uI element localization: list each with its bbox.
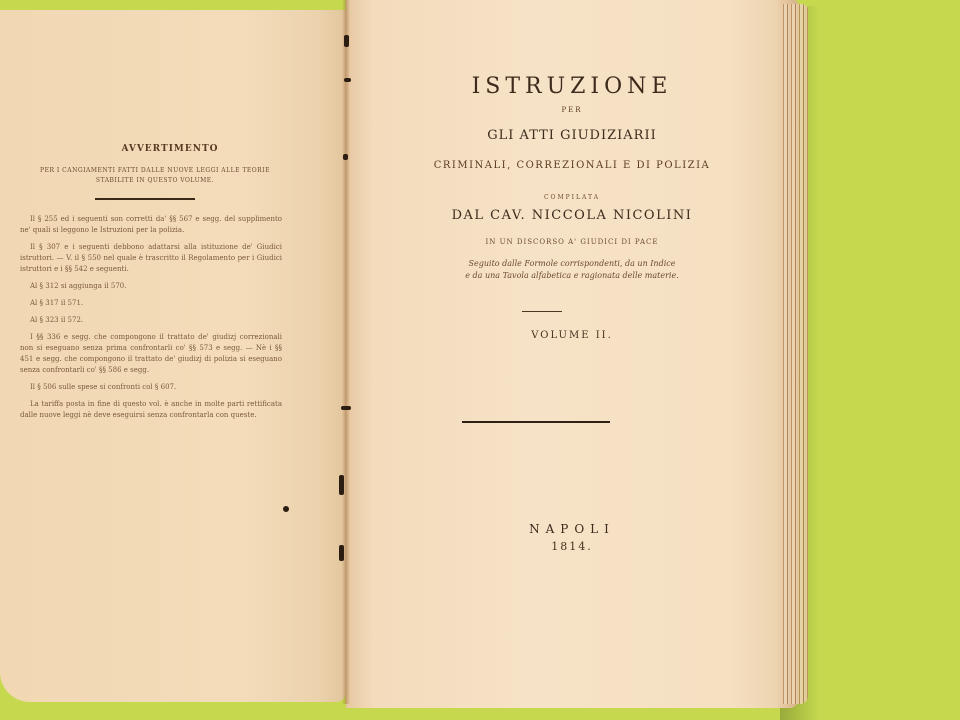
- binding-stitch: [339, 545, 344, 561]
- heading-rule: [95, 198, 195, 200]
- imprint-year: 1814.: [346, 540, 798, 553]
- title-per: PER: [346, 106, 798, 114]
- seguito-text: Seguito dalle Formole corrispondenti, da…: [346, 258, 798, 282]
- avvertimento-subheading: PER I CANGIAMENTI FATTI DALLE NUOVE LEGG…: [20, 166, 290, 186]
- volume-label: VOLUME II.: [346, 330, 798, 341]
- binding-stitch: [344, 35, 349, 47]
- short-rule: [522, 311, 562, 312]
- binding-stitch: [341, 406, 351, 410]
- book-title: ISTRUZIONE: [346, 74, 798, 99]
- avvertimento-heading: AVVERTIMENTO: [40, 144, 300, 154]
- note-paragraph: Il § 307 e i seguenti debbono adattarsi …: [20, 242, 282, 275]
- author-line: DAL CAV. NICCOLA NICOLINI: [346, 208, 798, 223]
- note-paragraph: Al § 323 il 572.: [20, 315, 282, 326]
- note-paragraph: I §§ 336 e segg. che compongono il tratt…: [20, 332, 282, 376]
- note-paragraph: Il § 506 sulle spese si confronti col § …: [20, 382, 282, 393]
- compilata-label: COMPILATA: [346, 194, 798, 201]
- note-paragraph: La tariffa posta in fine di questo vol. …: [20, 399, 282, 421]
- page-hole: [283, 506, 289, 512]
- avvertimento-body: Il § 255 ed i seguenti son corretti da' …: [20, 214, 282, 421]
- seguito-line-1: Seguito dalle Formole corrispondenti, da…: [346, 258, 798, 270]
- binding-stitch: [339, 475, 344, 495]
- book-subtitle: GLI ATTI GIUDIZIARII: [346, 128, 798, 143]
- discorso-line: IN UN DISCORSO A' GIUDICI DI PACE: [346, 238, 798, 246]
- ornamental-rule: [462, 421, 610, 423]
- note-paragraph: Al § 317 il 571.: [20, 298, 282, 309]
- imprint-place: NAPOLI: [346, 522, 798, 536]
- note-paragraph: Il § 255 ed i seguenti son corretti da' …: [20, 214, 282, 236]
- seguito-line-2: e da una Tavola alfabetica e ragionata d…: [346, 270, 798, 282]
- note-paragraph: Al § 312 si aggiunga il 570.: [20, 281, 282, 292]
- book-subtitle-2: CRIMINALI, CORREZIONALI E DI POLIZIA: [346, 160, 798, 171]
